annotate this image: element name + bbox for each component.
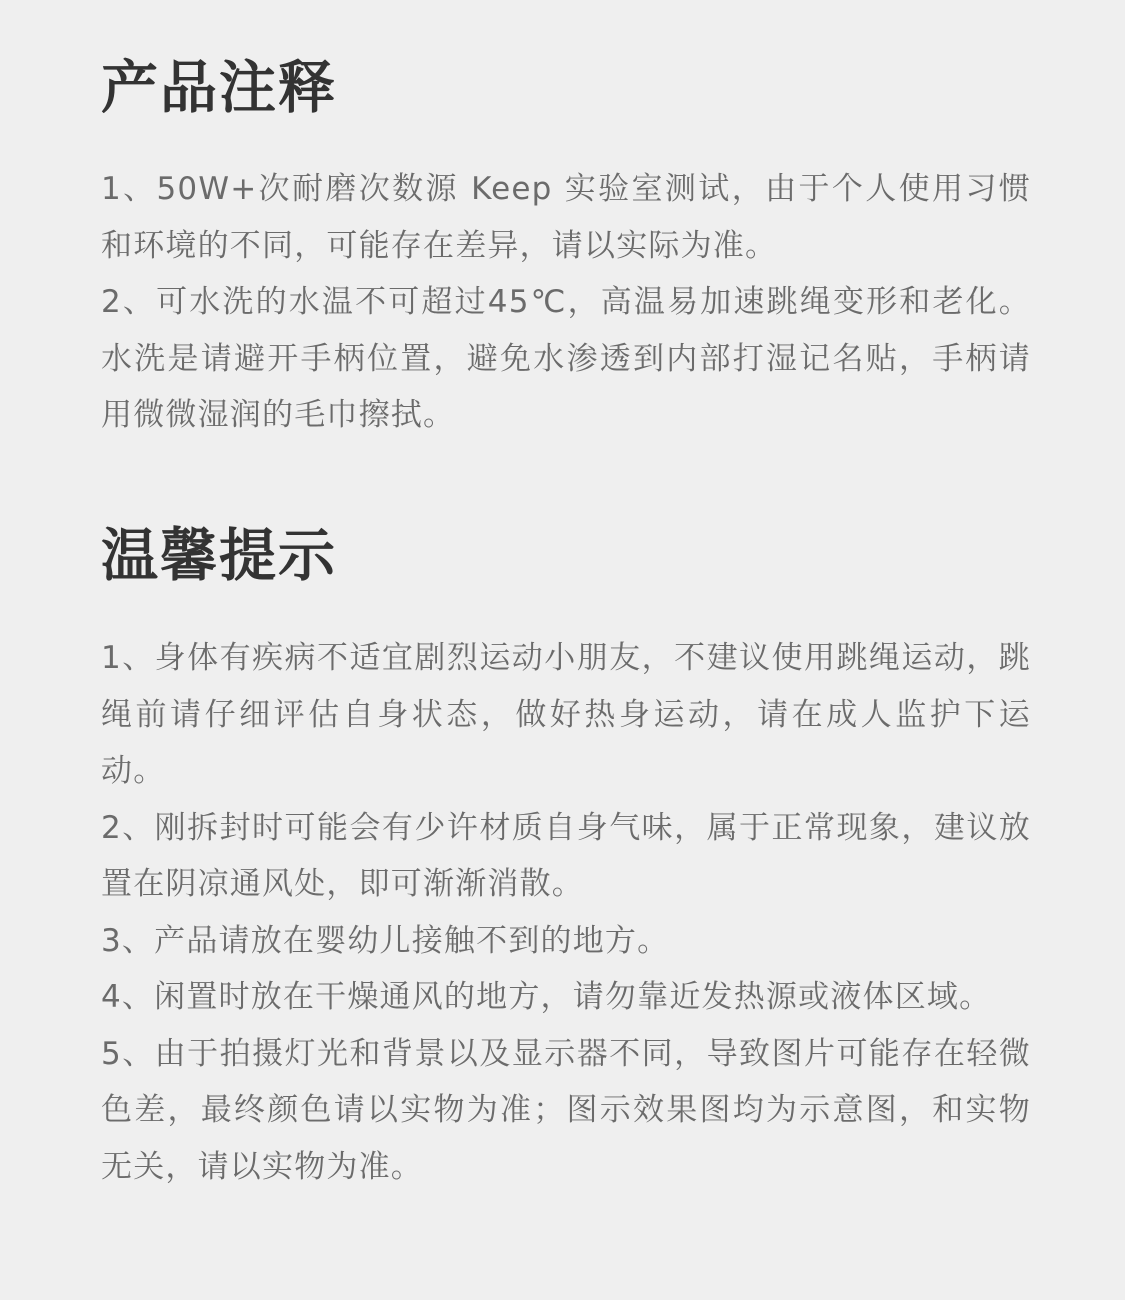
- product-notes-section: 产品注释 1、50W+次耐磨次数源 Keep 实验室测试，由于个人使用习惯和环境…: [101, 48, 1031, 444]
- warm-tips-list: 1、身体有疾病不适宜剧烈运动小朋友，不建议使用跳绳运动，跳绳前请仔细评估自身状态…: [101, 630, 1031, 1195]
- warm-tip-item: 2、刚拆封时可能会有少许材质自身气味，属于正常现象，建议放置在阴凉通风处，即可渐…: [101, 800, 1031, 913]
- warm-tips-title: 温馨提示: [101, 516, 1031, 596]
- product-notes-list: 1、50W+次耐磨次数源 Keep 实验室测试，由于个人使用习惯和环境的不同，可…: [101, 161, 1031, 444]
- product-note-item: 2、可水洗的水温不可超过45℃，高温易加速跳绳变形和老化。水洗是请避开手柄位置，…: [101, 274, 1031, 444]
- warm-tip-item: 3、产品请放在婴幼儿接触不到的地方。: [101, 913, 1031, 970]
- warm-tip-item: 4、闲置时放在干燥通风的地方，请勿靠近发热源或液体区域。: [101, 969, 1031, 1026]
- warm-tips-section: 温馨提示 1、身体有疾病不适宜剧烈运动小朋友，不建议使用跳绳运动，跳绳前请仔细评…: [101, 516, 1031, 1195]
- product-note-item: 1、50W+次耐磨次数源 Keep 实验室测试，由于个人使用习惯和环境的不同，可…: [101, 161, 1031, 274]
- product-info-page: 产品注释 1、50W+次耐磨次数源 Keep 实验室测试，由于个人使用习惯和环境…: [0, 0, 1125, 1300]
- product-notes-title: 产品注释: [101, 48, 1031, 128]
- warm-tip-item: 1、身体有疾病不适宜剧烈运动小朋友，不建议使用跳绳运动，跳绳前请仔细评估自身状态…: [101, 630, 1031, 800]
- warm-tip-item: 5、由于拍摄灯光和背景以及显示器不同，导致图片可能存在轻微色差，最终颜色请以实物…: [101, 1026, 1031, 1196]
